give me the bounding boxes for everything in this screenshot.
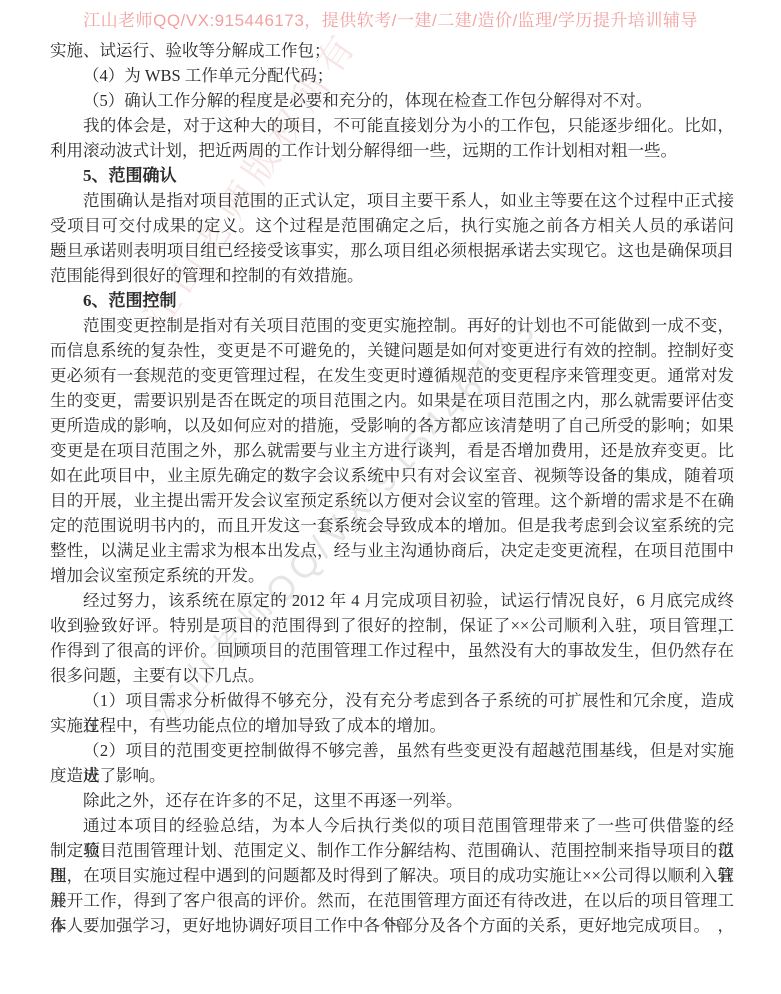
text-line: 制定项目范围管理计划、范围定义、制作工作分解结构、范围确认、范围控制来指导项目的… — [50, 838, 734, 863]
text-line: 理，在项目实施过程中遇到的问题都及时得到了解决。项目的成功实施让××公司得以顺利… — [50, 863, 734, 888]
text-line: （1）项目需求分析做得不够充分，没有充分考虑到各子系统的可扩展性和冗余度，造成在 — [50, 688, 734, 713]
text-line: 范围能得到很好的管理和控制的有效措施。 — [50, 263, 734, 288]
text-line: 范围确认是指对项目范围的正式认定，项目主要干系人，如业主等要在这个过程中正式接 — [50, 188, 734, 213]
text-line: 而信息系统的复杂性，变更是不可避免的，关键问题是如何对变更进行有效的控制。控制好… — [50, 338, 734, 363]
text-line: 通过本项目的经验总结，为本人今后执行类似的项目范围管理带来了一些可供借鉴的经验。… — [50, 813, 734, 838]
text-line: 目的开展，业主提出需开发会议室预定系统以方便对会议室的管理。这个新增的需求是不在… — [50, 488, 734, 513]
promo-header-text: 江山老师QQ/VX:915446173，提供软考/一建/二建/造价/监理/学历提… — [0, 6, 781, 31]
text-line: 利用滚动波式计划，把近两周的工作计划分解得细一些，远期的工作计划相对粗一些。 — [50, 138, 734, 163]
text-line: 更所造成的影响，以及如何应对的措施，受影响的各方都应该清楚明了自己所受的影响；如… — [50, 413, 734, 438]
text-line: 展开工作，得到了客户很高的评价。然而，在范围管理方面还有待改进，在以后的项目管理… — [50, 888, 734, 913]
text-line: （2）项目的范围变更控制做得不够完善，虽然有些变更没有超越范围基线，但是对实施进 — [50, 738, 734, 763]
text-line: 变更是在项目范围之外，那么就需要与业主方进行谈判，看是否增加费用，还是放弃变更。… — [50, 438, 734, 463]
text-line: 范围变更控制是指对有关项目范围的变更实施控制。再好的计划也不可能做到一成不变， — [50, 313, 734, 338]
text-line: 经过努力，该系统在原定的 2012 年 4 月完成项目初验，试运行情况良好，6 … — [50, 588, 734, 613]
section-heading: 6、范围控制 — [50, 288, 734, 313]
document-page: 江山老师QQ/VX:915446173，提供软考/一建/二建/造价/监理/学历提… — [0, 0, 781, 994]
text-line: 很多问题，主要有以下几点。 — [50, 663, 734, 688]
text-line: 除此之外，还存在许多的不足，这里不再逐一列举。 — [50, 788, 734, 813]
text-line: 实施、试运行、验收等分解成工作包； — [50, 38, 734, 63]
text-line: （5）确认工作分解的程度是必要和充分的，体现在检查工作包分解得对不对。 — [50, 88, 734, 113]
text-line: 生的变更，需要识别是否在既定的项目范围之内。如果是在项目范围之内，那么就需要评估… — [50, 388, 734, 413]
text-line: 受项目可交付成果的定义。这个过程是范围确定之后，执行实施之前各方相关人员的承诺问… — [50, 213, 734, 238]
text-line: 定的范围说明书内的，而且开发这一套系统会导致成本的增加。但是我考虑到会议室系统的… — [50, 513, 734, 538]
text-line: 增加会议室预定系统的开发。 — [50, 563, 734, 588]
text-line: 一旦承诺则表明项目组已经接受该事实，那么项目组必须根据承诺去实现它。这也是确保项… — [50, 238, 734, 263]
text-line: 更必须有一套规范的变更管理过程，在发生变更时遵循规范的变更程序来管理变更。通常对… — [50, 363, 734, 388]
document-body: 实施、试运行、验收等分解成工作包；（4）为 WBS 工作单元分配代码；（5）确认… — [50, 38, 734, 938]
text-line: 如在此项目中，业主原先确定的数字会议系统中只有对会议室音、视频等设备的集成，随着… — [50, 463, 734, 488]
text-line: （4）为 WBS 工作单元分配代码； — [50, 63, 734, 88]
text-line: 收到一致好评。特别是项目的范围得到了很好的控制，保证了××公司顺利入驻，项目管理… — [50, 613, 734, 638]
text-line: 作得到了很高的评价。回顾项目的范围管理工作过程中，虽然没有大的事故发生，但仍然存… — [50, 638, 734, 663]
section-heading: 5、范围确认 — [50, 163, 734, 188]
text-line: 我的体会是，对于这种大的项目，不可能直接划分为小的工作包，只能逐步细化。比如， — [50, 113, 734, 138]
text-line: 本人要加强学习，更好地协调好项目工作中各个部分及各个方面的关系，更好地完成项目。 — [50, 913, 734, 938]
text-line: 实施过程中，有些功能点位的增加导致了成本的增加。 — [50, 713, 734, 738]
text-line: 整性，以满足业主需求为根本出发点，经与业主沟通协商后，决定走变更流程，在项目范围… — [50, 538, 734, 563]
text-line: 度造成了影响。 — [50, 763, 734, 788]
